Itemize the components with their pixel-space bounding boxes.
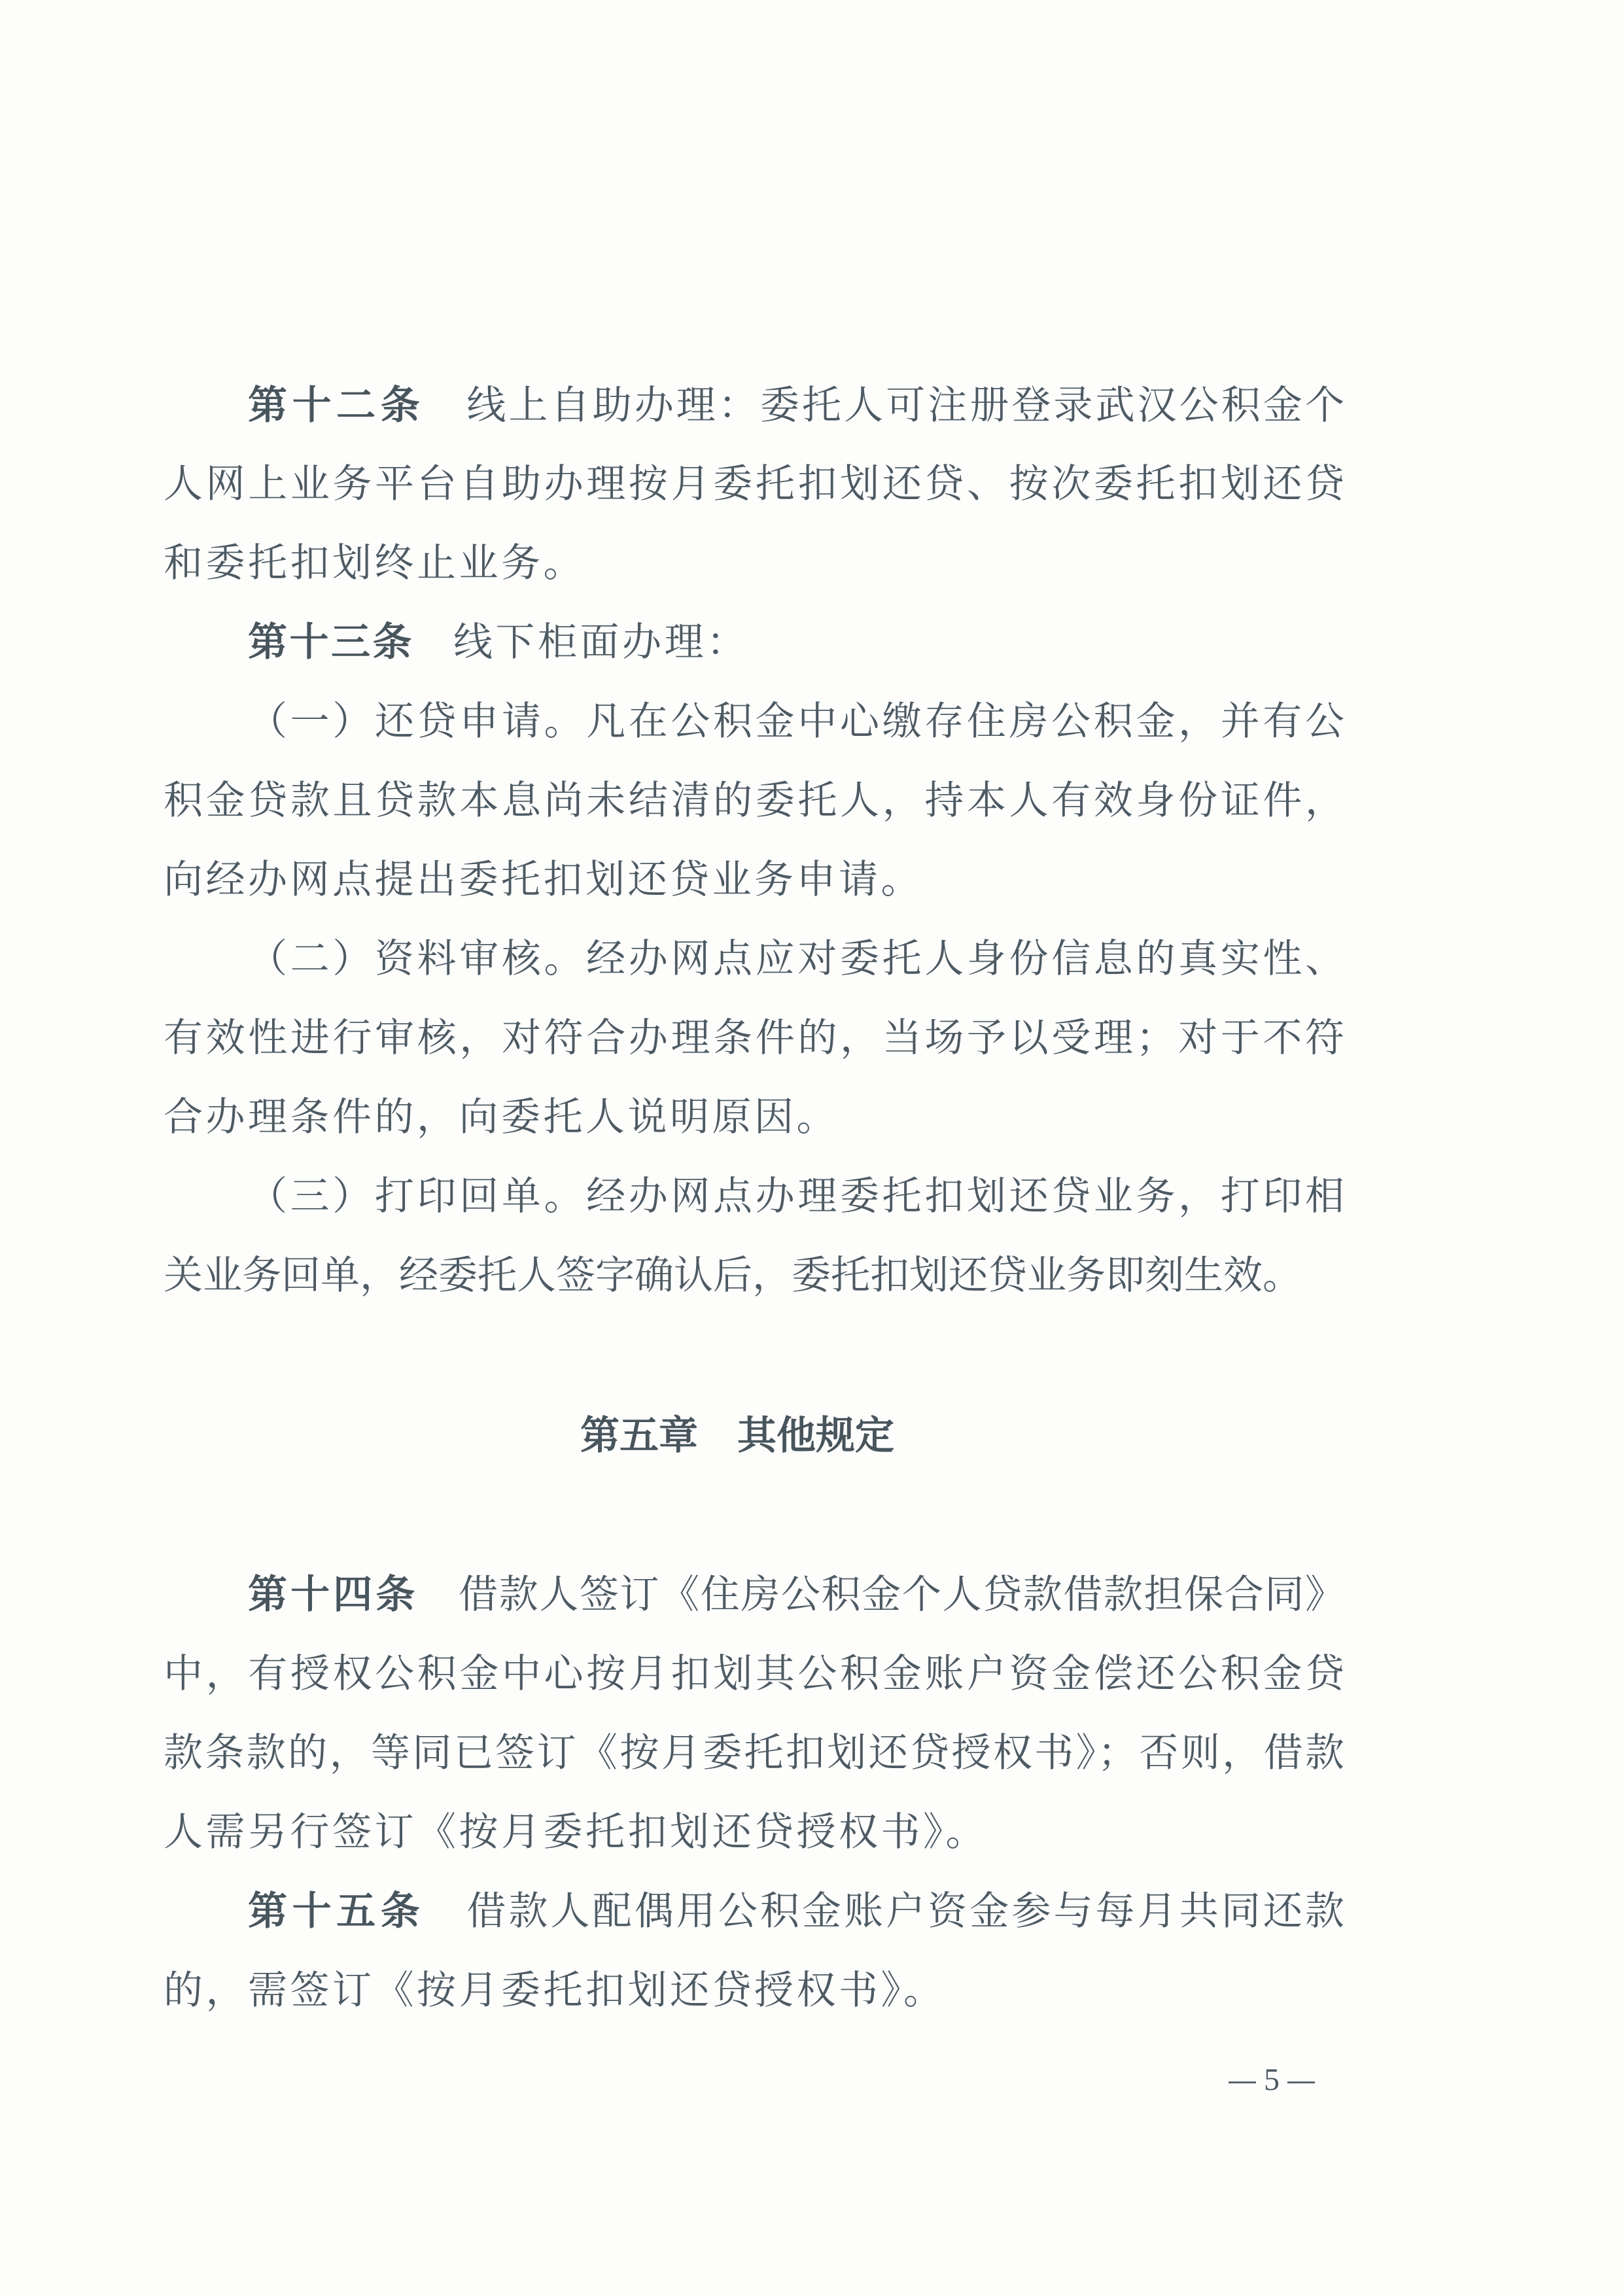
article-14-line-3: 款条款的，等同已签订《按月委托扣划还贷授权书》；否则，借款 [164, 1732, 1344, 1774]
article-13-item-2-line-2: 有效性进行审核，对符合办理条件的，当场予以受理；对于不符 [164, 1017, 1344, 1059]
article-13-item-2-line-3: 合办理条件的，向委托人说明原因。 [164, 1096, 1344, 1138]
article-13-item-3-line-2: 关业务回单，经委托人签字确认后，委托扣划还贷业务即刻生效。 [164, 1255, 1299, 1296]
page-number: 5 [1229, 2061, 1315, 2100]
article-14-line-4: 人需另行签订《按月委托扣划还贷授权书》。 [164, 1811, 1344, 1853]
article-12-line-2: 人网上业务平台自助办理按月委托扣划还贷、按次委托扣划还贷 [164, 463, 1344, 505]
document-page: 第十二条线上自助办理：委托人可注册登录武汉公积金个 人网上业务平台自助办理按月委… [0, 0, 1623, 2296]
chapter-heading: 第五章 其他规定 [580, 1415, 829, 1457]
article-13-item-2-line-1: （二）资料审核。经办网点应对委托人身份信息的真实性、 [248, 938, 1344, 980]
page-number-dash-right [1287, 2081, 1315, 2083]
article-15-label: 第十五条 [248, 1888, 425, 1934]
article-13-text: 线下柜面办理： [453, 619, 749, 665]
page-number-dash-left [1229, 2081, 1256, 2083]
article-14-line-1: 第十四条借款人签订《住房公积金个人贷款借款担保合同》 [248, 1574, 1344, 1616]
article-12-line-1: 第十二条线上自助办理：委托人可注册登录武汉公积金个 [248, 385, 1344, 426]
article-14-label: 第十四条 [248, 1572, 418, 1618]
article-13-line-1: 第十三条线下柜面办理： [248, 621, 1344, 663]
article-13-item-1-line-2: 积金贷款且贷款本息尚未结清的委托人，持本人有效身份证件， [164, 780, 1344, 822]
article-15-line-1: 第十五条借款人配偶用公积金账户资金参与每月共同还款 [248, 1890, 1344, 1932]
article-13-item-1-line-1: （一）还贷申请。凡在公积金中心缴存住房公积金，并有公 [248, 701, 1344, 742]
article-14-text: 借款人签订《住房公积金个人贷款借款担保合同》 [457, 1572, 1344, 1618]
article-14-line-2: 中，有授权公积金中心按月扣划其公积金账户资金偿还公积金贷 [164, 1653, 1344, 1695]
article-13-label: 第十三条 [248, 619, 414, 665]
article-13-item-1-line-3: 向经办网点提出委托扣划还贷业务申请。 [164, 859, 1344, 901]
page-number-value: 5 [1264, 2061, 1280, 2100]
article-13-item-3-line-1: （三）打印回单。经办网点办理委托扣划还贷业务，打印相 [248, 1175, 1344, 1217]
article-15-line-2: 的，需签订《按月委托扣划还贷授权书》。 [164, 1970, 1344, 2011]
article-12-label: 第十二条 [248, 383, 425, 428]
article-12-text: 线上自助办理：委托人可注册登录武汉公积金个 [464, 383, 1344, 428]
article-12-line-3: 和委托扣划终止业务。 [164, 542, 1344, 584]
article-15-text: 借款人配偶用公积金账户资金参与每月共同还款 [464, 1888, 1344, 1934]
